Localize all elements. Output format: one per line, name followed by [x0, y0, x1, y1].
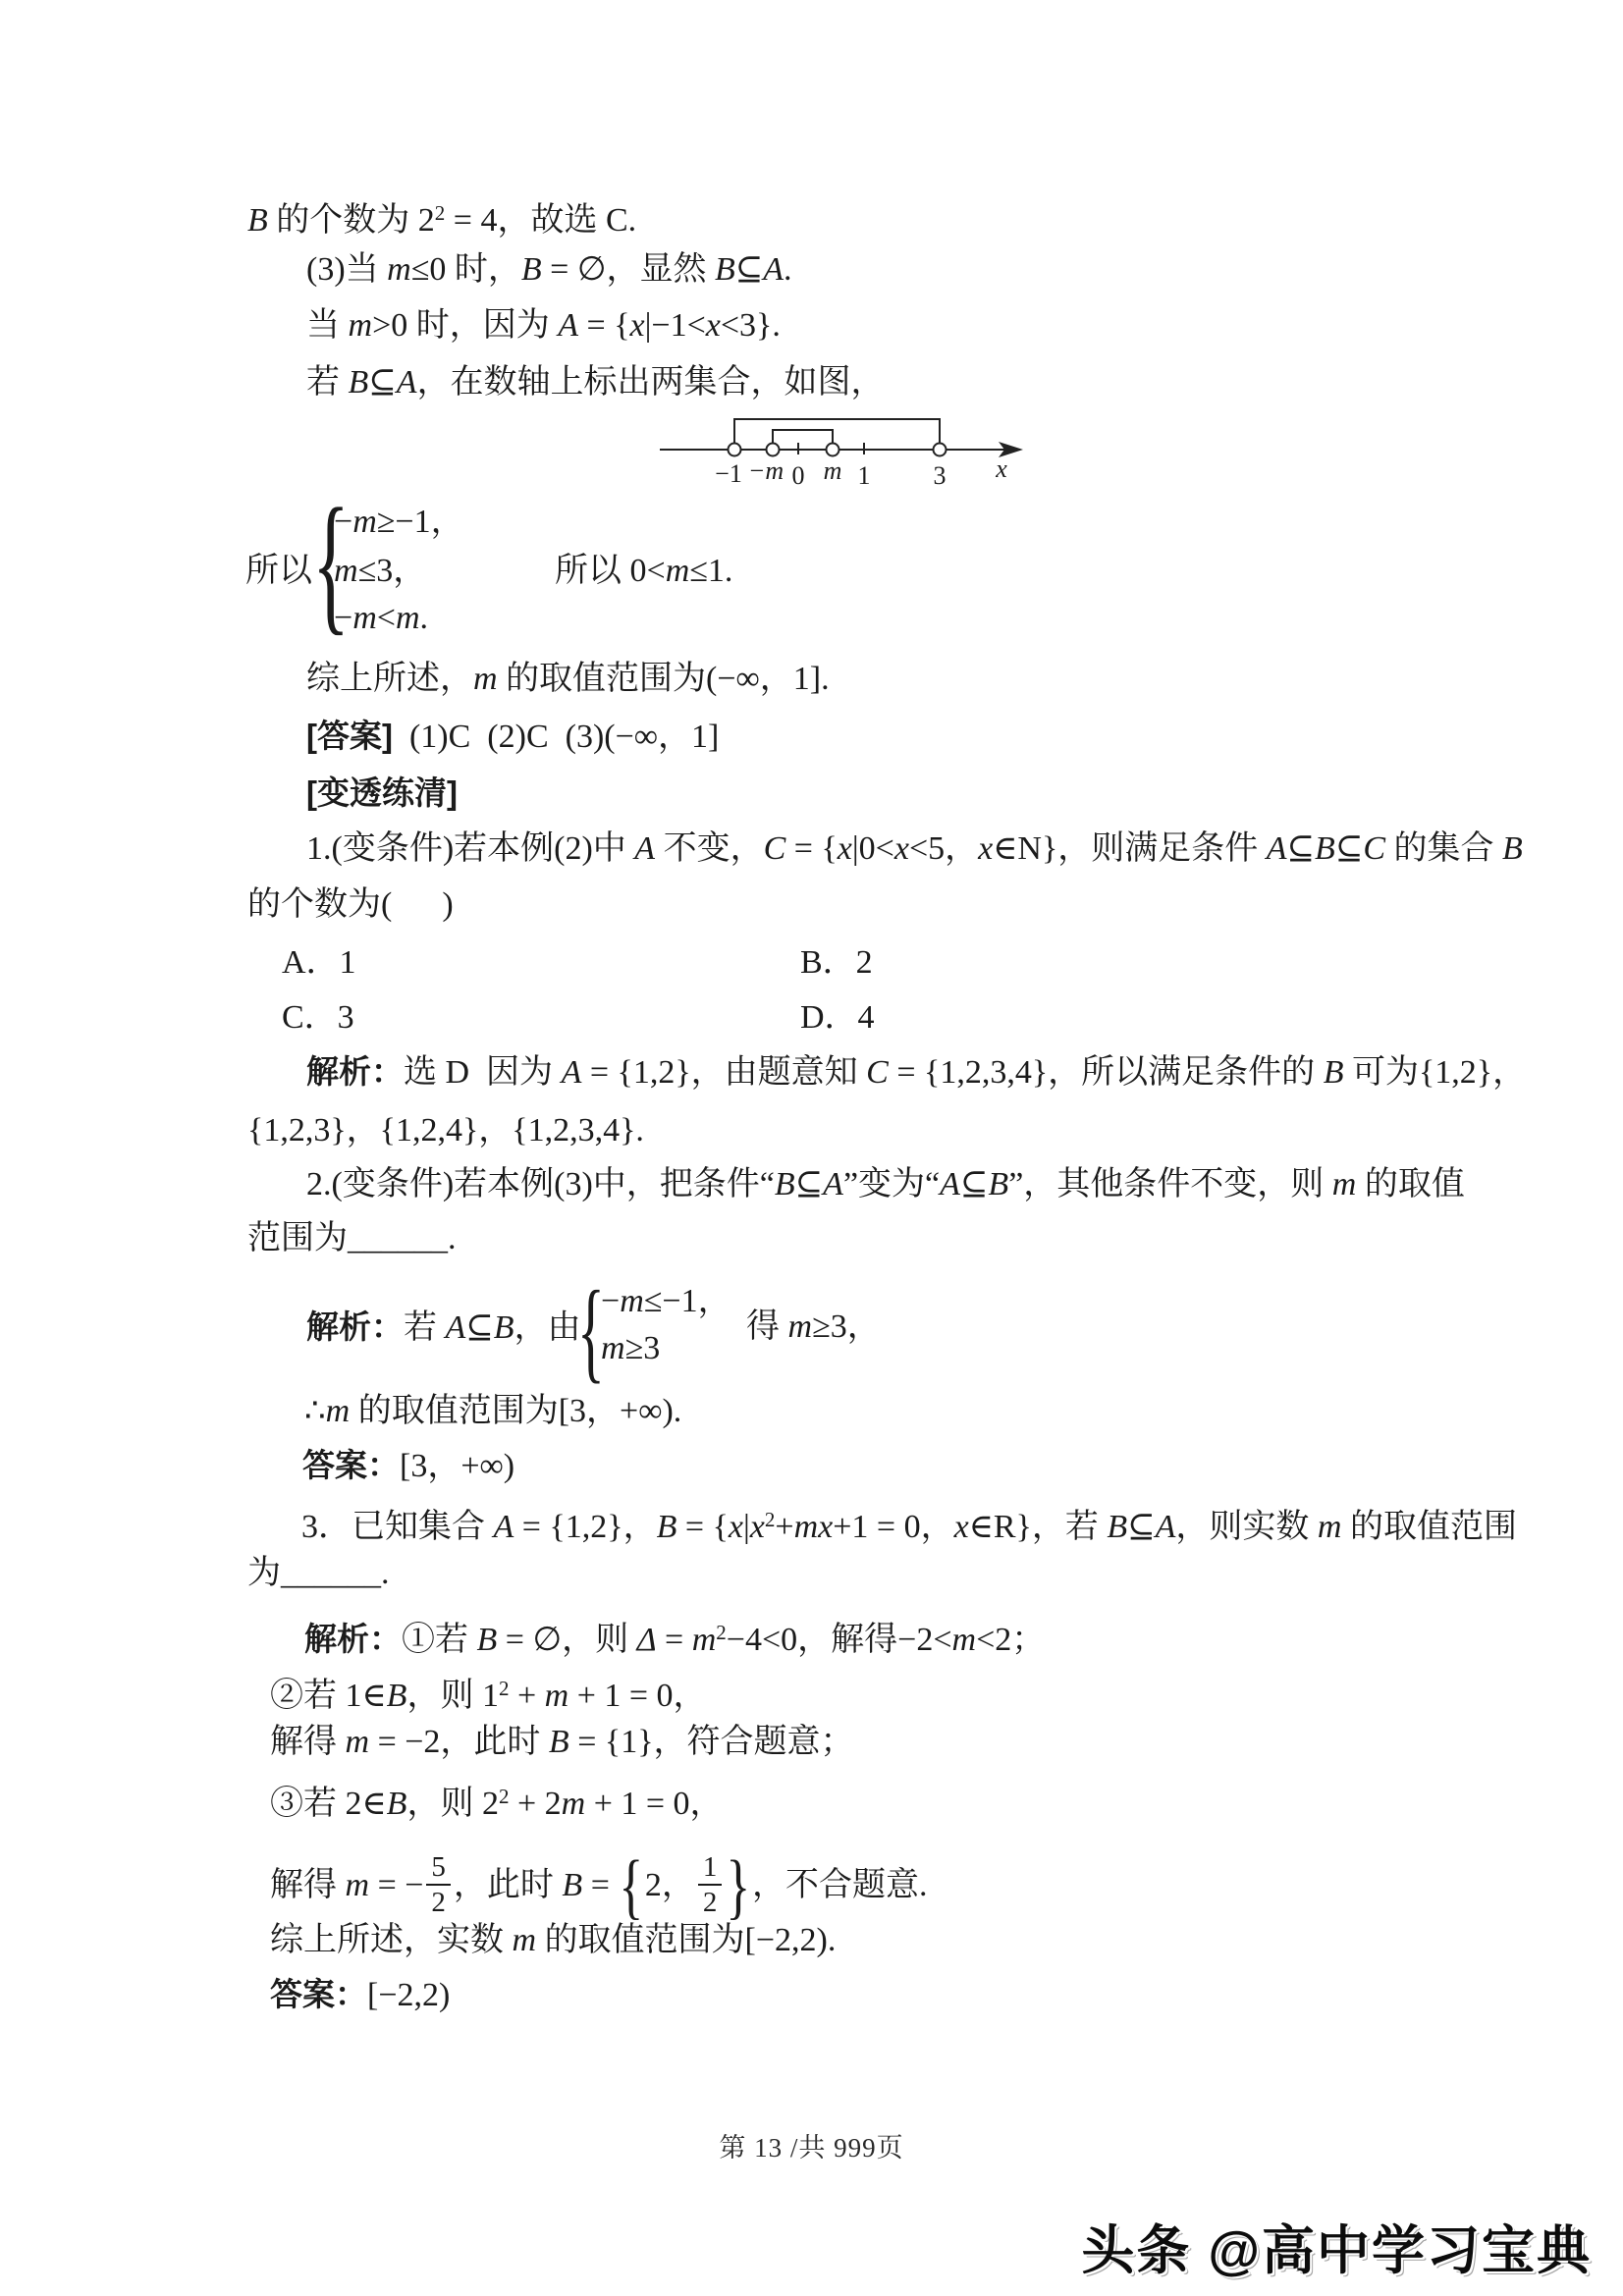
solution-line: ②若 1∈B，则 12 + m + 1 = 0，	[270, 1667, 707, 1718]
solution-line: 若 B⊆A，在数轴上标出两集合，如图，	[306, 361, 885, 404]
open-point-m	[827, 444, 839, 456]
solution-line: B 的个数为 22 = 4，故选 C.	[247, 191, 636, 242]
axis-label-3: 3	[934, 461, 947, 490]
open-point-3	[934, 444, 947, 456]
system2-row: m≥3	[601, 1327, 660, 1370]
analysis-2: 解析：若 A⊆B，由	[306, 1306, 581, 1350]
system2-brace: {	[577, 1274, 605, 1388]
system2-result: 得 m≥3，	[746, 1306, 881, 1349]
open-point-negm	[767, 444, 780, 456]
axis-label-x: x	[995, 454, 1007, 483]
question-1-cont: 的个数为( )	[247, 883, 454, 927]
question-3-cont: 为______.	[247, 1552, 390, 1595]
solution-line: 综上所述，实数 m 的取值范围为[−2,2).	[270, 1919, 836, 1962]
axis-label-neg1: −1	[715, 459, 742, 488]
axis-label-0: 0	[792, 461, 805, 490]
solution-line: 综上所述，m 的取值范围为(−∞，1].	[306, 658, 830, 701]
solution-line: 当 m>0 时，因为 A = {x|−1<x<3}.	[306, 304, 781, 347]
solution-line-fraction: 解得 m = −52，此时 B = {2，12}，不合题意.	[270, 1850, 927, 1923]
section-header: [变透练清]	[306, 772, 458, 816]
system1-intro: 所以	[245, 550, 312, 593]
fraction: 52	[426, 1852, 451, 1918]
option-d: D．4	[800, 996, 875, 1040]
question-3: 3．已知集合 A = {1,2}，B = {x|x2+mx+1 = 0，x∈R}…	[301, 1498, 1517, 1549]
analysis-1: 解析：选 D 因为 A = {1,2}，由题意知 C = {1,2,3,4}，所…	[306, 1050, 1526, 1095]
system2-row: −m≤−1，	[601, 1280, 731, 1323]
open-point-neg1	[729, 444, 741, 456]
option-c: C．3	[282, 996, 354, 1040]
page-footer: 第 13 /共 999页	[0, 2126, 1623, 2164]
number-line-diagram: −1 −m 0 m 1 3 x	[648, 404, 1031, 491]
option-a: A．1	[282, 941, 356, 985]
axis-label-1: 1	[858, 461, 871, 490]
axis-label-m: m	[824, 456, 842, 485]
system1-conclusion: 所以 0<m≤1.	[555, 550, 732, 593]
solution-line: ③若 2∈B，则 22 + 2m + 1 = 0，	[270, 1775, 724, 1826]
solution-line: 解得 m = −2，此时 B = {1}，符合题意；	[270, 1721, 854, 1764]
question-1: 1.(变条件)若本例(2)中 A 不变，C = {x|0<x<5，x∈N}，则满…	[306, 828, 1523, 871]
question-2: 2.(变条件)若本例(3)中，把条件“B⊆A”变为“A⊆B”，其他条件不变，则 …	[306, 1163, 1465, 1206]
solution-line: (3)当 m≤0 时，B = ∅，显然 B⊆A.	[306, 248, 792, 292]
document-page: B 的个数为 22 = 4，故选 C.(3)当 m≤0 时，B = ∅，显然 B…	[0, 0, 1623, 2296]
axis-label-negm: −m	[748, 456, 784, 485]
outer-bracket	[734, 419, 940, 448]
big-brace: {	[620, 1850, 644, 1923]
big-brace: }	[727, 1850, 751, 1923]
system1-row: −m≥−1，	[334, 501, 464, 544]
analysis-1-cont: {1,2,3}，{1,2,4}，{1,2,3,4}.	[247, 1109, 644, 1152]
option-b: B．2	[800, 941, 873, 985]
solution-line: ∴m 的取值范围为[3，+∞).	[304, 1390, 681, 1433]
answer-line: 答案：[−2,2)	[270, 1973, 450, 2017]
answer-line: [答案] (1)C (2)C (3)(−∞，1]	[306, 715, 719, 759]
question-2-cont: 范围为______.	[247, 1217, 457, 1260]
inner-bracket	[773, 430, 833, 448]
system1-brace: {	[312, 486, 350, 641]
watermark: 头条 @高中学习宝典	[1081, 2209, 1592, 2284]
analysis-3: 解析：①若 B = ∅，则 Δ = m2−4<0，解得−2<m<2；	[304, 1611, 1045, 1662]
answer-line: 答案：[3，+∞)	[302, 1444, 514, 1488]
fraction: 12	[698, 1852, 723, 1918]
